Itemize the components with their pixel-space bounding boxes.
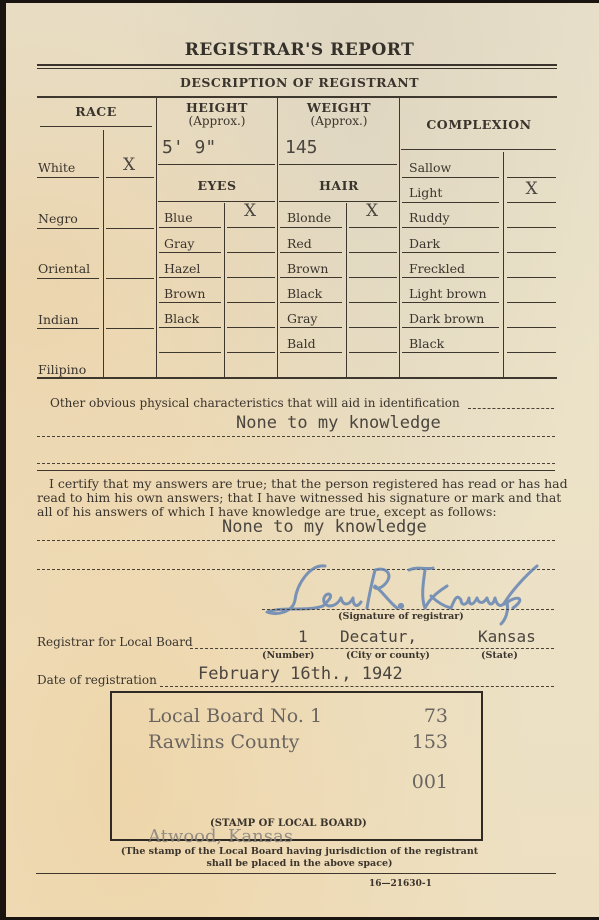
complexion-freckled-label: Freckled [409,261,465,276]
rule [402,302,499,303]
weight-header: WEIGHT [279,100,399,115]
table-bottom-border [37,377,557,379]
local-board-label: Registrar for Local Board [37,635,193,649]
rule [401,149,556,150]
height-approx: (Approx.) [158,114,276,128]
rule [159,302,221,303]
rule [402,202,499,203]
rule [468,408,554,409]
complexion-light-mark[interactable]: X [507,179,556,199]
rule [106,177,154,178]
hair-header: HAIR [279,178,399,193]
rule [402,277,499,278]
rule [227,277,275,278]
rule [280,252,342,253]
height-value[interactable]: 5' 9" [162,137,216,158]
rule [349,352,397,353]
rule [349,327,397,328]
registration-date-label: Date of registration [37,673,157,687]
rule [37,463,555,464]
race-indian-label: Indian [38,312,79,327]
race-oriental-label: Oriental [38,261,90,276]
complexion-sallow-label: Sallow [409,160,451,175]
eyes-hazel-label: Hazel [164,261,200,276]
rule [159,327,221,328]
rule [402,177,499,178]
rule [402,227,499,228]
hair-blonde-label: Blonde [287,210,331,225]
hair-bald-label: Bald [287,336,316,351]
rule [106,278,154,279]
rule [280,277,342,278]
complexion-light-brown-label: Light brown [409,286,487,301]
race-header-rule [40,126,152,127]
rule [158,164,275,165]
height-header: HEIGHT [158,100,276,115]
eyes-brown-label: Brown [164,286,205,301]
rule [227,352,275,353]
other-characteristics-label: Other obvious physical characteristics t… [50,396,460,410]
hair-mark-divider [346,203,347,377]
rule [37,278,99,279]
eyes-header: EYES [158,178,276,193]
rule [279,164,397,165]
rule [507,302,556,303]
eyes-gray-label: Gray [164,236,194,251]
rule [37,228,99,229]
complexion-dark-brown-label: Dark brown [409,311,484,326]
certification-exceptions-value[interactable]: None to my knowledge [222,517,427,537]
rule [349,302,397,303]
footer-rule [36,873,556,874]
rule [37,328,99,329]
race-header: RACE [40,104,152,119]
stamp-number-1: 73 [410,705,448,727]
rule [159,227,221,228]
race-filipino-label: Filipino [38,362,86,377]
rule [507,252,556,253]
rule [507,177,556,178]
rule [402,327,499,328]
rule [106,328,154,329]
complexion-ruddy-label: Ruddy [409,210,450,225]
rule [106,228,154,229]
document-title: REGISTRAR'S REPORT [0,40,599,60]
section-subtitle: DESCRIPTION OF REGISTRANT [0,75,599,90]
col-divider-race [156,97,157,377]
rule [349,277,397,278]
weight-value[interactable]: 145 [285,137,318,158]
rule [159,252,221,253]
hair-black-label: Black [287,286,322,301]
rule [507,327,556,328]
rule [507,352,556,353]
hair-gray-label: Gray [287,311,317,326]
local-board-number[interactable]: 1 [298,627,308,646]
stamp-note-line-2: shall be placed in the above space) [0,858,599,869]
race-white-mark[interactable]: X [105,155,153,175]
rule [37,540,555,541]
rule [159,277,221,278]
complexion-light-label: Light [409,185,442,200]
rule [227,252,275,253]
rule [37,177,99,178]
certification-line-1: I certify that my answers are true; that… [37,477,559,491]
table-top-border [37,96,557,98]
state-caption: (State) [481,650,518,661]
hair-blonde-mark[interactable]: X [348,201,396,221]
rule [402,252,499,253]
complexion-dark-label: Dark [409,236,440,251]
certification-line-2: read to him his own answers; that I have… [37,491,559,505]
number-caption: (Number) [262,650,314,661]
weight-approx: (Approx.) [279,114,399,128]
local-board-state[interactable]: Kansas [478,627,536,646]
rule [402,352,499,353]
hair-red-label: Red [287,236,312,251]
rule [159,352,221,353]
rule [280,352,342,353]
rule [280,302,342,303]
section-divider [37,470,555,471]
signature-line [262,609,554,610]
registration-date-line [160,686,554,687]
title-rule-bottom [37,68,557,69]
form-number: 16—21630-1 [369,879,432,889]
rule [507,202,556,203]
eyes-blue-mark[interactable]: X [226,201,274,221]
complexion-header: COMPLEXION [401,117,557,132]
local-board-city[interactable]: Decatur, [340,627,417,646]
rule [37,436,555,437]
local-board-line [190,648,554,649]
certification-text: I certify that my answers are true; that… [37,477,559,519]
stamp-number-3: 001 [410,771,448,793]
rule [507,277,556,278]
stamp-overprint-atwood: Atwood, Kansas [148,826,293,847]
rule [227,327,275,328]
rule [227,302,275,303]
rule [349,227,397,228]
rule [349,252,397,253]
stamp-line-2: Rawlins County [148,731,299,753]
city-caption: (City or county) [346,650,430,661]
rule [507,227,556,228]
complexion-mark-divider [503,152,504,377]
stamp-number-2: 153 [410,731,448,753]
rule [280,227,342,228]
registration-date-value[interactable]: February 16th., 1942 [198,664,403,684]
eyes-mark-divider [224,203,225,377]
other-characteristics-value[interactable]: None to my knowledge [236,413,441,433]
rule [280,327,342,328]
title-rule-top [37,64,557,66]
rule [227,227,275,228]
signature-caption: (Signature of registrar) [338,611,464,622]
eyes-blue-label: Blue [164,210,193,225]
eyes-black-label: Black [164,311,199,326]
col-divider-eyes [277,97,278,377]
col-divider-hair [399,97,400,377]
hair-brown-label: Brown [287,261,328,276]
race-white-label: White [38,160,75,175]
complexion-black-label: Black [409,336,444,351]
stamp-line-1: Local Board No. 1 [148,705,322,727]
race-mark-divider [103,130,104,377]
race-negro-label: Negro [38,211,78,226]
stamp-note-line-1: (The stamp of the Local Board having jur… [0,846,599,857]
